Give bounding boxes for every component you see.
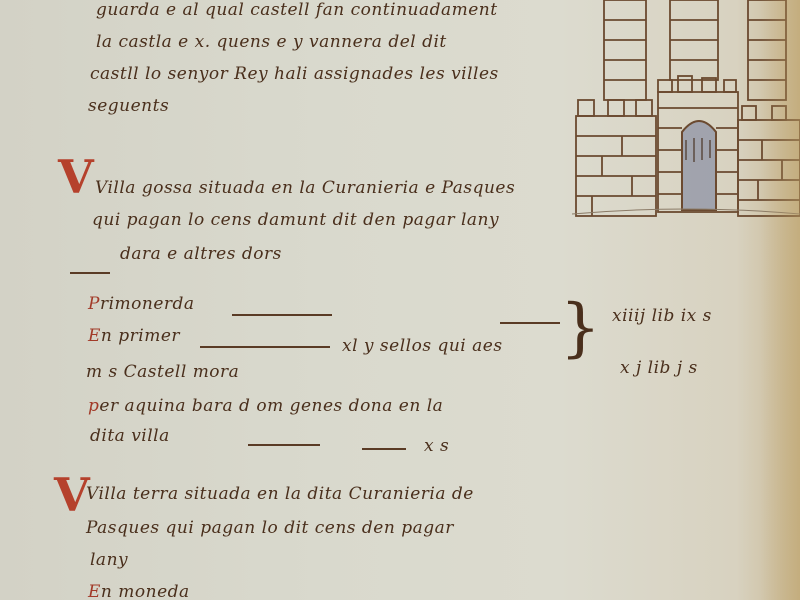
ink-stroke (200, 346, 330, 348)
text-line: xl y sellos qui aes (342, 336, 503, 356)
rubricated-initial: V (54, 472, 90, 518)
margin-sum: x j lib j s (620, 358, 698, 378)
ink-stroke (500, 322, 560, 324)
ink-stroke (70, 272, 110, 274)
parchment-edge-stain (760, 0, 800, 600)
manuscript-page: V V guarda e al qual castell fan continu… (0, 0, 800, 600)
ink-stroke (248, 444, 320, 446)
text-line: castll lo senyor Rey hali assignades les… (90, 64, 499, 84)
text-line: x s (424, 436, 449, 456)
rubricated-initial: V (58, 154, 94, 200)
text-line: lany (90, 550, 128, 570)
ink-stroke (362, 448, 406, 450)
text-line: la castla e x. quens e y vannera del dit (96, 32, 447, 52)
text-line: dita villa (90, 426, 170, 446)
text-line: per aquina bara d om genes dona en la (88, 396, 443, 416)
text-line: m s Castell mora (86, 362, 239, 382)
text-line: Primonerda (88, 294, 195, 314)
text-line: En moneda (88, 582, 190, 600)
bracket: } (560, 296, 601, 360)
text-line: guarda e al qual castell fan continuadam… (96, 0, 498, 20)
text-line: Pasques qui pagan lo dit cens den pagar (86, 518, 454, 538)
text-line: Villa gossa situada en la Curanieria e P… (95, 178, 515, 198)
text-line: dara e altres dors (120, 244, 282, 264)
text-line: En primer (88, 326, 180, 346)
margin-sum: xiiij lib ix s (612, 306, 712, 326)
text-line: qui pagan lo cens damunt dit den pagar l… (92, 210, 499, 230)
text-line: Villa terra situada en la dita Curanieri… (86, 484, 474, 504)
ink-stroke (232, 314, 332, 316)
text-line: seguents (88, 96, 169, 116)
